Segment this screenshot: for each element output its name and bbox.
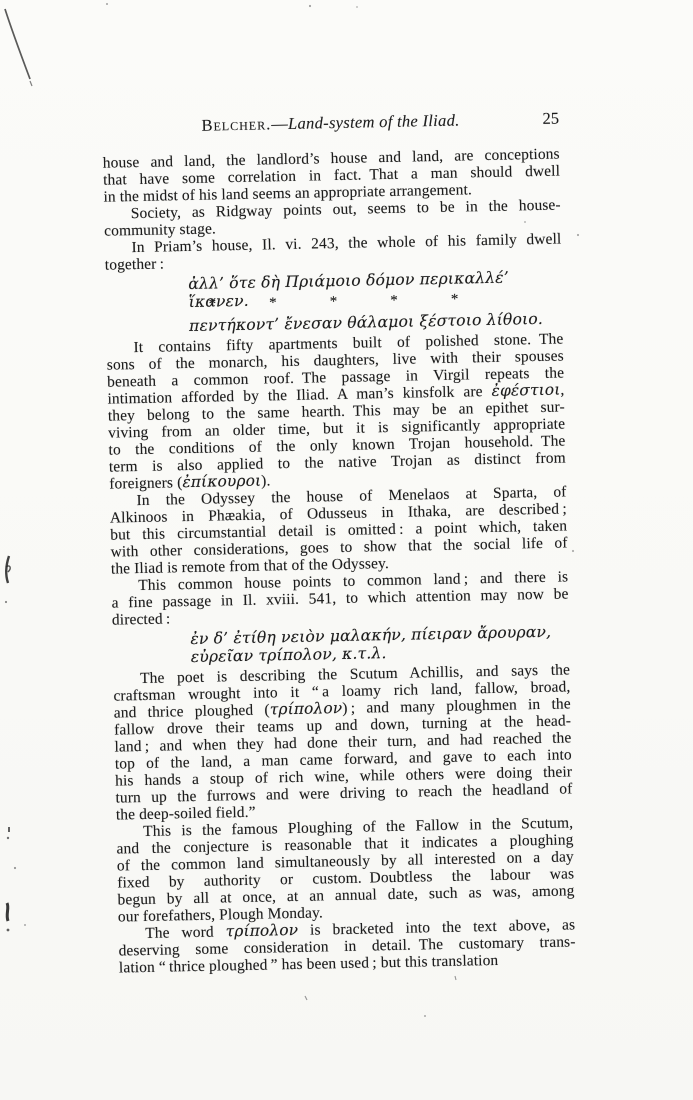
- body-text: house and land, the landlord’s house and…: [103, 146, 576, 977]
- scanned-page: Belcher.—Land-system of the Iliad. 25 ho…: [0, 0, 693, 1100]
- greek-verse: ἐν δ’ ἐτίθη νειὸν μαλακήν, πίειραν ἄρουρ…: [190, 622, 570, 666]
- greek-verse: ἀλλ’ ὅτε δὴ Πριάμοιο δόμον περικαλλέ’ ἵκ…: [188, 267, 562, 293]
- header-title: Belcher.—Land-system of the Iliad.: [102, 109, 559, 138]
- greek-word: ἐπίκουροι: [182, 472, 261, 492]
- page-content: Belcher.—Land-system of the Iliad. 25 ho…: [0, 0, 693, 1100]
- asterisk: *: [269, 294, 277, 312]
- greek-word: τρίπολον: [225, 921, 298, 940]
- header-separator: —: [271, 114, 288, 133]
- header-author: Belcher.: [201, 114, 271, 134]
- asterisk: *: [390, 292, 398, 310]
- asterisk: *: [208, 295, 216, 313]
- asterisk: *: [451, 291, 459, 309]
- greek-word: τρίπολον: [270, 699, 343, 718]
- page-number: 25: [542, 109, 559, 129]
- greek-verse-line: ἀλλ’ ὅτε δὴ Πριάμοιο δόμον περικαλλέ’ ἵκ…: [188, 267, 562, 293]
- running-header: Belcher.—Land-system of the Iliad. 25: [102, 109, 559, 140]
- header-work-title: Land-system of the Iliad.: [288, 111, 460, 133]
- greek-word: ἐφέστιοι: [491, 381, 560, 400]
- asterisk: *: [330, 293, 338, 311]
